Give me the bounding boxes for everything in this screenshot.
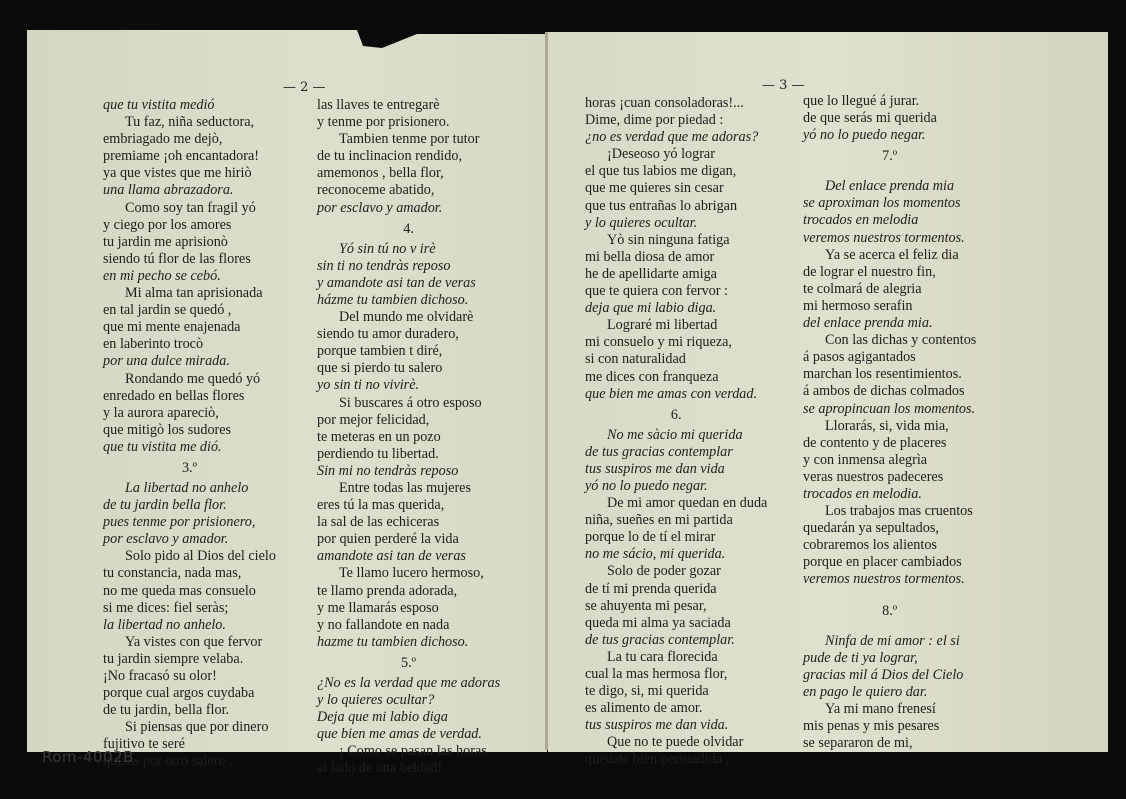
left-page-column-2: las llaves te entregarèy tenme por prisi…	[317, 97, 500, 777]
verse-line: quedate bien persuadida ,	[585, 751, 767, 768]
stanza-gap	[803, 168, 976, 178]
verse-line: se aproximan los momentos	[803, 195, 976, 212]
verse-line: y con inmensa alegrìa	[803, 452, 976, 469]
verse-line: cual la mas hermosa flor,	[585, 666, 767, 683]
verse-line: ¿No es la verdad que me adoras	[317, 675, 500, 692]
verse-line: de tus gracias contemplar	[585, 444, 767, 461]
verse-line: y amandote asi tan de veras	[317, 275, 500, 292]
verse-line: porque en placer cambiados	[803, 554, 976, 571]
verse-line: deja que mi labio diga.	[585, 300, 767, 317]
verse-line: no me queda mas consuelo	[103, 583, 276, 600]
verse-line: Ya se acerca el feliz dia	[803, 247, 976, 264]
verse-line: pues tenme por prisionero,	[103, 514, 276, 531]
verse-line: que te quiera con fervor :	[585, 283, 767, 300]
left-page-column-1: que tu vistita medióTu faz, niña seducto…	[103, 97, 276, 771]
verse-line: por quien perderé la vida	[317, 531, 500, 548]
shelfmark-handwritten: Rom-4002B	[42, 748, 134, 766]
verse-line: en pago le quiero dar.	[803, 684, 976, 701]
verse-line: amandote asi tan de veras	[317, 548, 500, 565]
verse-line: al lado de una beldad!	[317, 760, 500, 777]
verse-line: se separaron de mi,	[803, 735, 976, 752]
verse-line: y lo quieres ocultar.	[585, 215, 767, 232]
verse-line: trocados en melodia	[803, 212, 976, 229]
verse-line: veremos nuestros tormentos.	[803, 230, 976, 247]
verse-line: No me sàcio mi querida	[585, 427, 767, 444]
verse-line: á ambos de dichas colmados	[803, 383, 976, 400]
verse-line: sin ti no tendràs reposo	[317, 258, 500, 275]
verse-line: Si buscares á otro esposo	[317, 395, 500, 412]
verse-line: por esclavo y amador.	[103, 531, 276, 548]
stanza-number: 5.º	[317, 651, 500, 675]
verse-line: Rondando me quedó yó	[103, 371, 276, 388]
verse-line: perdiendo tu libertad.	[317, 446, 500, 463]
verse-line: queda mi alma ya saciada	[585, 615, 767, 632]
verse-line: de tu jardin, bella flor.	[103, 702, 276, 719]
verse-line: que mitigò los sudores	[103, 422, 276, 439]
verse-line: Con las dichas y contentos	[803, 332, 976, 349]
verse-line: marchan los resentimientos.	[803, 366, 976, 383]
verse-line: porque lo de tí el mirar	[585, 529, 767, 546]
verse-line: ¡ Como se pasan las horas	[317, 743, 500, 760]
verse-line: veremos nuestros tormentos.	[803, 571, 976, 588]
verse-line: Llorarás, si, vida mia,	[803, 418, 976, 435]
verse-line: De mi amor quedan en duda	[585, 495, 767, 512]
verse-line: Ya mi mano frenesí	[803, 701, 976, 718]
verse-line: veras nuestros padeceres	[803, 469, 976, 486]
verse-line: ¡No fracasó su olor!	[103, 668, 276, 685]
verse-line: y ciego por los amores	[103, 217, 276, 234]
verse-line: embriagado me dejò,	[103, 131, 276, 148]
verse-line: tu jardin me aprisionò	[103, 234, 276, 251]
verse-line: que tu vistita medió	[103, 97, 276, 114]
verse-line: ya que vistes que me hiriò	[103, 165, 276, 182]
verse-line: me dices con franqueza	[585, 369, 767, 386]
verse-line: la libertad no anhelo.	[103, 617, 276, 634]
verse-line: porque cual argos cuydaba	[103, 685, 276, 702]
verse-line: mi bella diosa de amor	[585, 249, 767, 266]
verse-line: mis penas y mis pesares	[803, 718, 976, 735]
verse-line: una llama abrazadora.	[103, 182, 276, 199]
stanza-number: 4.	[317, 217, 500, 241]
verse-line: Si piensas que por dinero	[103, 719, 276, 736]
verse-line: siendo tu amor duradero,	[317, 326, 500, 343]
verse-line: que lo llegué á jurar.	[803, 93, 976, 110]
verse-line: Del enlace prenda mia	[803, 178, 976, 195]
verse-line: te meteras en un pozo	[317, 429, 500, 446]
verse-line: he de apellidarte amiga	[585, 266, 767, 283]
verse-line: de que serás mi querida	[803, 110, 976, 127]
stanza-number: 7.º	[803, 144, 976, 168]
verse-line: que bien me amas con verdad.	[585, 386, 767, 403]
verse-line: tu jardin siempre velaba.	[103, 651, 276, 668]
verse-line: yó no lo puedo negar.	[585, 478, 767, 495]
verse-line: ¡Deseoso yó lograr	[585, 146, 767, 163]
verse-line: niña, sueñes en mi partida	[585, 512, 767, 529]
verse-line: siendo tú flor de las flores	[103, 251, 276, 268]
verse-line: porque tambien t diré,	[317, 343, 500, 360]
verse-line: mi consuelo y mi riqueza,	[585, 334, 767, 351]
verse-line: La libertad no anhelo	[103, 480, 276, 497]
verse-line: reconoceme abatido,	[317, 182, 500, 199]
verse-line: que si pierdo tu salero	[317, 360, 500, 377]
verse-line: por mejor felicidad,	[317, 412, 500, 429]
verse-line: de tu jardin bella flor.	[103, 497, 276, 514]
verse-line: si con naturalidad	[585, 351, 767, 368]
verse-line: gracias mil á Dios del Cielo	[803, 667, 976, 684]
verse-line: cobraremos los alientos	[803, 537, 976, 554]
verse-line: tu constancia, nada mas,	[103, 565, 276, 582]
verse-line: y tenme por prisionero.	[317, 114, 500, 131]
verse-line: Ya vistes con que fervor	[103, 634, 276, 651]
verse-line: se apropincuan los momentos.	[803, 401, 976, 418]
verse-line: yo sin ti no vivirè.	[317, 377, 500, 394]
verse-line: quedarán ya sepultados,	[803, 520, 976, 537]
verse-line: de tí mi prenda querida	[585, 581, 767, 598]
verse-line: Tu faz, niña seductora,	[103, 114, 276, 131]
stanza-gap	[803, 589, 976, 599]
verse-line: premiame ¡oh encantadora!	[103, 148, 276, 165]
verse-line: Yò sin ninguna fatiga	[585, 232, 767, 249]
verse-line: Mi alma tan aprisionada	[103, 285, 276, 302]
verse-line: tus suspiros me dan vida.	[585, 717, 767, 734]
stanza-number: 3.º	[103, 456, 276, 480]
verse-line: Tambien tenme por tutor	[317, 131, 500, 148]
verse-line: es alimento de amor.	[585, 700, 767, 717]
verse-line: por una dulce mirada.	[103, 353, 276, 370]
verse-line: que bien me amas de verdad.	[317, 726, 500, 743]
center-fold	[545, 32, 548, 750]
verse-line: Deja que mi labio diga	[317, 709, 500, 726]
verse-line: á pasos agigantados	[803, 349, 976, 366]
verse-line: de lograr el nuestro fin,	[803, 264, 976, 281]
verse-line: Solo de poder gozar	[585, 563, 767, 580]
verse-line: que mi mente enajenada	[103, 319, 276, 336]
verse-line: Que no te puede olvidar	[585, 734, 767, 751]
stanza-number: 6.	[585, 403, 767, 427]
verse-line: Sin mi no tendràs reposo	[317, 463, 500, 480]
verse-line: en tal jardin se quedó ,	[103, 302, 276, 319]
verse-line: que tus entrañas lo abrigan	[585, 198, 767, 215]
stanza-number: 8.º	[803, 599, 976, 623]
verse-line: las llaves te entregarè	[317, 97, 500, 114]
verse-line: tus suspiros me dan vida	[585, 461, 767, 478]
verse-line: la sal de las echiceras	[317, 514, 500, 531]
verse-line: en mi pecho se cebó.	[103, 268, 276, 285]
verse-line: Lograré mi libertad	[585, 317, 767, 334]
verse-line: yó no lo puedo negar.	[803, 127, 976, 144]
verse-line: que tu vistita me dió.	[103, 439, 276, 456]
verse-line: Yó sin tú no v irè	[317, 241, 500, 258]
verse-line: por esclavo y amador.	[317, 200, 500, 217]
verse-line: hazme tu tambien dichoso.	[317, 634, 500, 651]
verse-line: trocados en melodia.	[803, 486, 976, 503]
right-page-column-2: que lo llegué á jurar.de que serás mi qu…	[803, 93, 976, 752]
verse-line: de contento y de placeres	[803, 435, 976, 452]
verse-line: Los trabajos mas cruentos	[803, 503, 976, 520]
page-number-left: — 2 —	[283, 80, 326, 95]
right-page-column-1: horas ¡cuan consoladoras!...Dime, dime p…	[585, 95, 767, 769]
verse-line: Dime, dime por piedad :	[585, 112, 767, 129]
verse-line: házme tu tambien dichoso.	[317, 292, 500, 309]
verse-line: te digo, si, mi querida	[585, 683, 767, 700]
verse-line: enredado en bellas flores	[103, 388, 276, 405]
verse-line: Entre todas las mujeres	[317, 480, 500, 497]
verse-line: ¿no es verdad que me adoras?	[585, 129, 767, 146]
verse-line: horas ¡cuan consoladoras!...	[585, 95, 767, 112]
verse-line: pude de ti ya lograr,	[803, 650, 976, 667]
verse-line: y me llamarás esposo	[317, 600, 500, 617]
verse-line: y la aurora apareciò,	[103, 405, 276, 422]
verse-line: amemonos , bella flor,	[317, 165, 500, 182]
verse-line: Como soy tan fragil yó	[103, 200, 276, 217]
verse-line: en laberinto trocò	[103, 336, 276, 353]
verse-line: La tu cara florecida	[585, 649, 767, 666]
verse-line: del enlace prenda mia.	[803, 315, 976, 332]
verse-line: Ninfa de mi amor : el si	[803, 633, 976, 650]
verse-line: y no fallandote en nada	[317, 617, 500, 634]
verse-line: si me dices: fiel seràs;	[103, 600, 276, 617]
verse-line: te llamo prenda adorada,	[317, 583, 500, 600]
verse-line: el que tus labios me digan,	[585, 163, 767, 180]
page-number-right: — 3 —	[762, 78, 805, 93]
verse-line: Te llamo lucero hermoso,	[317, 565, 500, 582]
verse-line: Solo pido al Dios del cielo	[103, 548, 276, 565]
verse-line: eres tú la mas querida,	[317, 497, 500, 514]
verse-line: no me sácio, mi querida.	[585, 546, 767, 563]
stanza-gap	[803, 623, 976, 633]
verse-line: mi hermoso serafin	[803, 298, 976, 315]
verse-line: de tus gracias contemplar.	[585, 632, 767, 649]
verse-line: que me quieres sin cesar	[585, 180, 767, 197]
verse-line: se ahuyenta mi pesar,	[585, 598, 767, 615]
verse-line: y lo quieres ocultar?	[317, 692, 500, 709]
verse-line: de tu inclinacion rendido,	[317, 148, 500, 165]
verse-line: te colmará de alegria	[803, 281, 976, 298]
verse-line: Del mundo me olvidarè	[317, 309, 500, 326]
